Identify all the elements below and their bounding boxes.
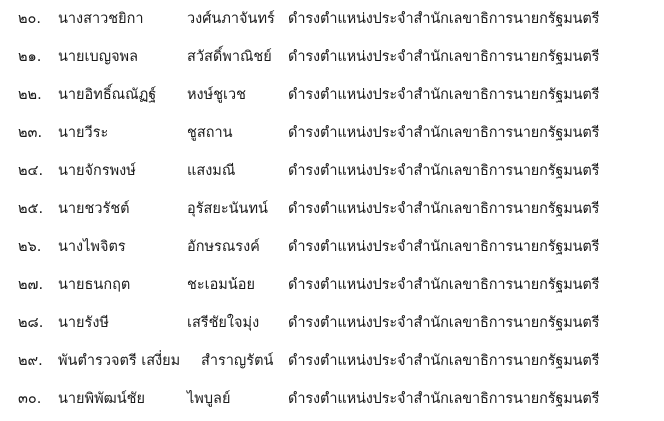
first-name: นายวีระ [58,118,108,148]
appointment-list: ๒๐. นางสาวชยิกา วงศ์นภาจันทร์ ดำรงตำแหน่… [0,0,664,421]
first-name: นายเบญจพล [58,42,138,72]
first-name: นายอิทธิ์ณณัฏฐ์ [58,80,156,110]
last-name: อักษรณรงค์ [187,232,260,262]
item-number: ๒๔. [18,156,43,186]
last-name: วงศ์นภาจันทร์ [187,4,275,34]
last-name: สำราญรัตน์ [201,346,273,376]
position-text: ดำรงตำแหน่งประจำสำนักเลขาธิการนายกรัฐมนต… [288,42,599,72]
list-item: ๒๒. นายอิทธิ์ณณัฏฐ์ หงษ์ชูเวช ดำรงตำแหน่… [0,80,664,110]
last-name: ชะเอมน้อย [187,270,255,300]
item-number: ๒๙. [18,346,43,376]
position-text: ดำรงตำแหน่งประจำสำนักเลขาธิการนายกรัฐมนต… [288,156,599,186]
first-name: นายรังษี [58,308,109,338]
first-name: นายจักรพงษ์ [58,156,136,186]
position-text: ดำรงตำแหน่งประจำสำนักเลขาธิการนายกรัฐมนต… [288,194,599,224]
item-number: ๒๑. [18,42,41,72]
list-item: ๒๐. นางสาวชยิกา วงศ์นภาจันทร์ ดำรงตำแหน่… [0,4,664,34]
first-name: นางสาวชยิกา [58,4,144,34]
position-text: ดำรงตำแหน่งประจำสำนักเลขาธิการนายกรัฐมนต… [288,270,599,300]
item-number: ๒๗. [18,270,43,300]
item-number: ๒๕. [18,194,43,224]
list-item: ๒๓. นายวีระ ชูสถาน ดำรงตำแหน่งประจำสำนัก… [0,118,664,148]
list-item: ๒๑. นายเบญจพล สวัสดิ์พาณิชย์ ดำรงตำแหน่ง… [0,42,664,72]
list-item: ๒๔. นายจักรพงษ์ แสงมณี ดำรงตำแหน่งประจำส… [0,156,664,186]
position-text: ดำรงตำแหน่งประจำสำนักเลขาธิการนายกรัฐมนต… [288,80,599,110]
position-text: ดำรงตำแหน่งประจำสำนักเลขาธิการนายกรัฐมนต… [288,232,599,262]
position-text: ดำรงตำแหน่งประจำสำนักเลขาธิการนายกรัฐมนต… [288,118,599,148]
position-text: ดำรงตำแหน่งประจำสำนักเลขาธิการนายกรัฐมนต… [288,346,599,376]
last-name: หงษ์ชูเวช [187,80,246,110]
item-number: ๒๖. [18,232,41,262]
last-name: เสรีชัยใจมุ่ง [187,308,259,338]
list-item: ๒๕. นายชวรัชต์ อุรัสยะนันทน์ ดำรงตำแหน่ง… [0,194,664,224]
first-name: นายธนกฤต [58,270,130,300]
list-item: ๒๗. นายธนกฤต ชะเอมน้อย ดำรงตำแหน่งประจำส… [0,270,664,300]
list-item: ๓๐. นายพิพัฒน์ชัย ไพบูลย์ ดำรงตำแหน่งประ… [0,384,664,414]
first-name: นายพิพัฒน์ชัย [58,384,145,414]
first-name: พันตำรวจตรี เสงี่ยม [58,346,180,376]
item-number: ๒๐. [18,4,41,34]
first-name: นายชวรัชต์ [58,194,130,224]
position-text: ดำรงตำแหน่งประจำสำนักเลขาธิการนายกรัฐมนต… [288,384,599,414]
last-name: ชูสถาน [187,118,233,148]
last-name: อุรัสยะนันทน์ [187,194,268,224]
last-name: สวัสดิ์พาณิชย์ [187,42,272,72]
item-number: ๒๓. [18,118,42,148]
item-number: ๒๒. [18,80,42,110]
last-name: ไพบูลย์ [187,384,230,414]
position-text: ดำรงตำแหน่งประจำสำนักเลขาธิการนายกรัฐมนต… [288,308,599,338]
position-text: ดำรงตำแหน่งประจำสำนักเลขาธิการนายกรัฐมนต… [288,4,599,34]
list-item: ๒๖. นางไพจิตร อักษรณรงค์ ดำรงตำแหน่งประจ… [0,232,664,262]
last-name: แสงมณี [187,156,235,186]
list-item: ๒๘. นายรังษี เสรีชัยใจมุ่ง ดำรงตำแหน่งปร… [0,308,664,338]
list-item: ๒๙. พันตำรวจตรี เสงี่ยม สำราญรัตน์ ดำรงต… [0,346,664,376]
item-number: ๒๘. [18,308,43,338]
first-name: นางไพจิตร [58,232,126,262]
item-number: ๓๐. [18,384,41,414]
